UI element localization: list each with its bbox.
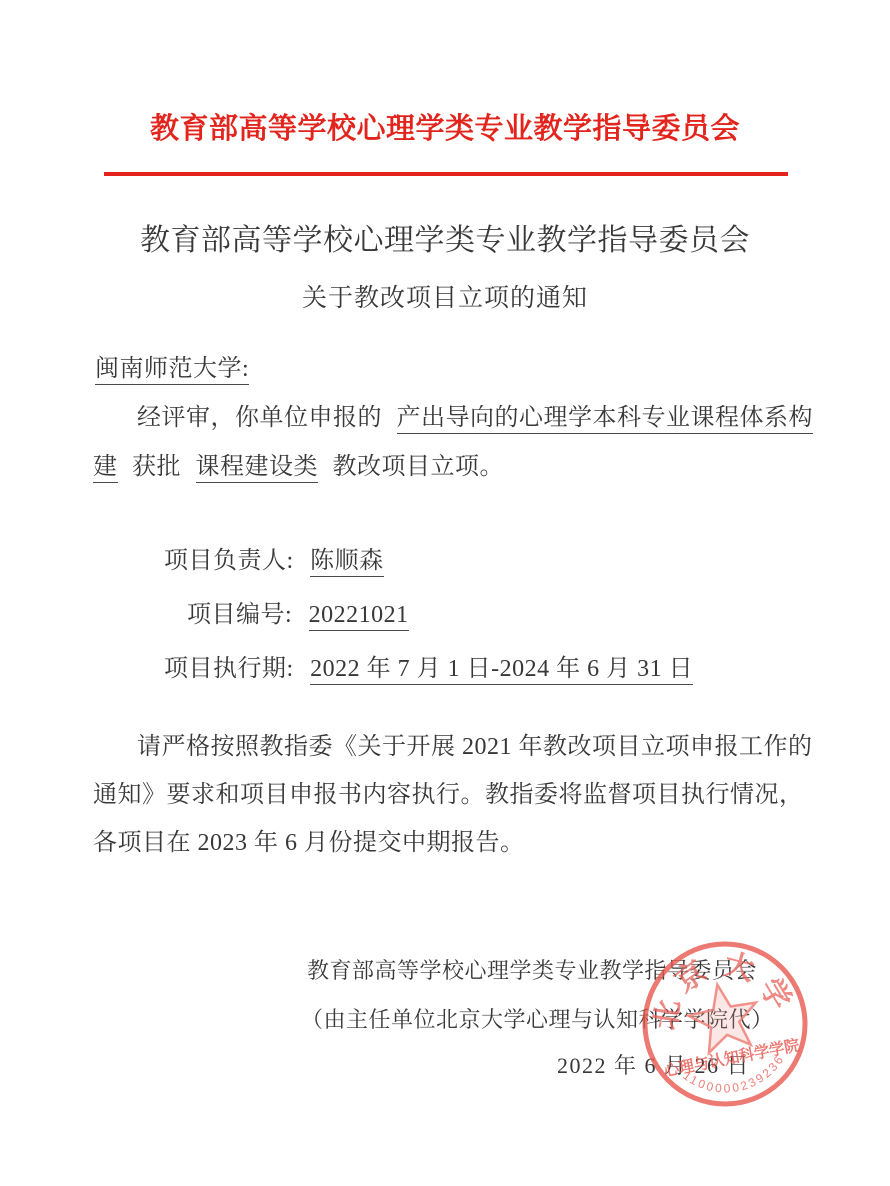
project-title-part1: 产出导向的心理学本科专业课程体系构 (397, 405, 814, 434)
project-number-label: 项目编号: (187, 602, 292, 628)
document-page: 教育部高等学校心理学类专业教学指导委员会 教育部高等学校心理学类专业教学指导委员… (0, 0, 890, 1186)
document-title-line1: 教育部高等学校心理学类专业教学指导委员会 (0, 215, 890, 259)
detail-row-number: 项目编号: 20221021 (187, 594, 409, 629)
salutation: 闽南师范大学: (95, 348, 249, 383)
official-seal: 北 京 大 学 心理与认知科学学院 1100000239236 (634, 936, 816, 1116)
letterhead-rule (104, 172, 788, 176)
leader-label: 项目负责人: (164, 548, 294, 574)
paragraph2-line3: 各项目在 2023 年 6 月份提交中期报告。 (93, 822, 525, 857)
letterhead-title: 教育部高等学校心理学类专业教学指导委员会 (0, 106, 890, 147)
period-label: 项目执行期: (164, 656, 294, 682)
detail-row-leader: 项目负责人: 陈顺森 (164, 540, 384, 575)
paragraph1-line2: 建 获批 课程建设类 教改项目立项。 (93, 446, 504, 481)
seal-university-char-1: 北 (649, 998, 686, 1033)
recipient-name: 闽南师范大学: (95, 356, 249, 385)
paragraph2-line2: 通知》要求和项目申报书内容执行。教指委将监督项目执行情况， (93, 774, 804, 809)
paragraph1-lead: 经评审，你单位申报的 (137, 405, 382, 431)
document-title-line2: 关于教改项目立项的通知 (0, 278, 890, 314)
detail-row-period: 项目执行期: 2022 年 7 月 1 日-2024 年 6 月 31 日 (164, 648, 693, 683)
project-number-value: 20221021 (309, 602, 409, 631)
paragraph1-tail: 教改项目立项。 (333, 454, 505, 480)
paragraph1-line1: 经评审，你单位申报的 产出导向的心理学本科专业课程体系构 (137, 397, 813, 432)
leader-value: 陈顺森 (310, 548, 384, 577)
project-title-part2: 建 (93, 454, 118, 483)
period-value: 2022 年 7 月 1 日-2024 年 6 月 31 日 (310, 656, 693, 685)
paragraph2-line1: 请严格按照教指委《关于开展 2021 年教改项目立项申报工作的 (137, 726, 813, 761)
seal-university-char-3: 大 (720, 948, 757, 987)
project-category: 课程建设类 (196, 454, 319, 483)
paragraph1-mid: 获批 (132, 454, 181, 480)
